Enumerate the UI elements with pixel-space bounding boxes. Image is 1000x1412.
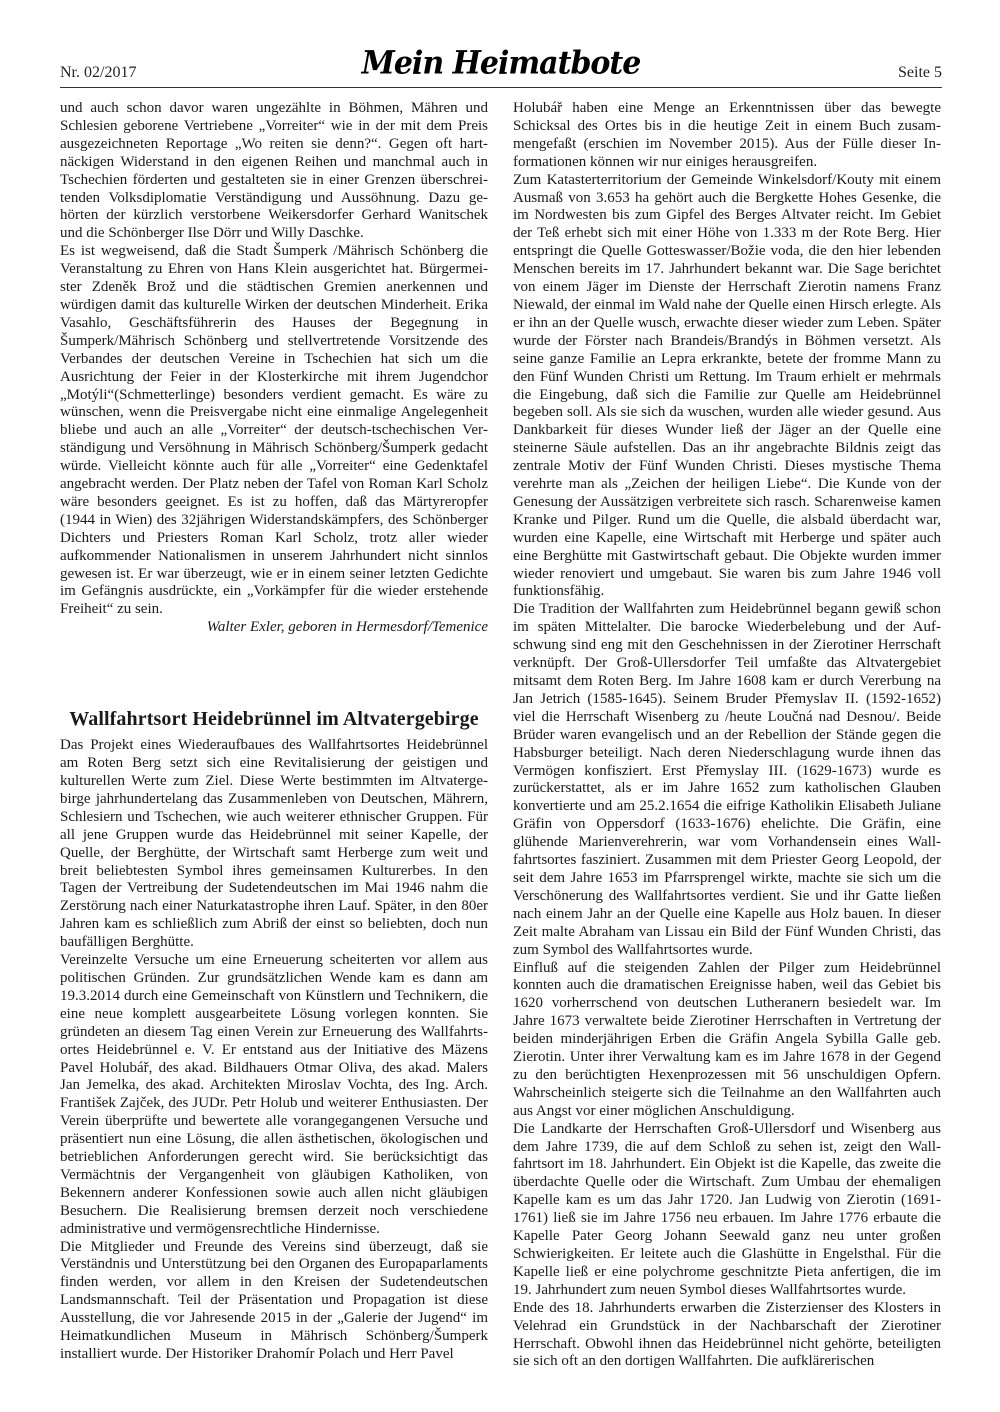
header-divider — [60, 87, 942, 88]
paragraph: Ende des 18. Jahrhunderts erwarben die Z… — [513, 1300, 941, 1372]
paragraph: Die Landkarte der Herrschaften Groß-Ulle… — [513, 1121, 941, 1300]
paragraph: Die Tradition der Wallfahrten zum Heideb… — [513, 601, 941, 959]
left-column: und auch schon davor waren ungezählte in… — [60, 100, 488, 1364]
article-title: Wallfahrtsort Heidebrünnel im Altvaterge… — [60, 707, 488, 731]
page-header: Nr. 02/2017 Mein Heimatbote Seite 5 — [60, 52, 942, 88]
paragraph: Die Mitglieder und Freunde des Vereins s… — [60, 1239, 488, 1364]
author-signature: Walter Exler, geboren in Hermesdorf/Teme… — [60, 619, 488, 637]
page-number: Seite 5 — [898, 64, 942, 82]
paragraph: und auch schon davor waren ungezählte in… — [60, 100, 488, 243]
right-column: Holubář haben eine Menge an Erkenntnisse… — [513, 100, 941, 1371]
paragraph: Zum Katasterterritorium der Gemeinde Win… — [513, 172, 941, 602]
paragraph: Einfluß auf die steigenden Zahlen der Pi… — [513, 960, 941, 1121]
paragraph: Es ist wegweisend, daß die Stadt Šumperk… — [60, 243, 488, 619]
paragraph: Holubář haben eine Menge an Erkenntnisse… — [513, 100, 941, 172]
masthead-logo: Mein Heimatbote — [60, 45, 942, 82]
spacer — [60, 637, 488, 707]
paragraph: Vereinzelte Versuche um eine Erneuerung … — [60, 952, 488, 1239]
paragraph: Das Projekt eines Wiederaufbaues des Wal… — [60, 737, 488, 952]
